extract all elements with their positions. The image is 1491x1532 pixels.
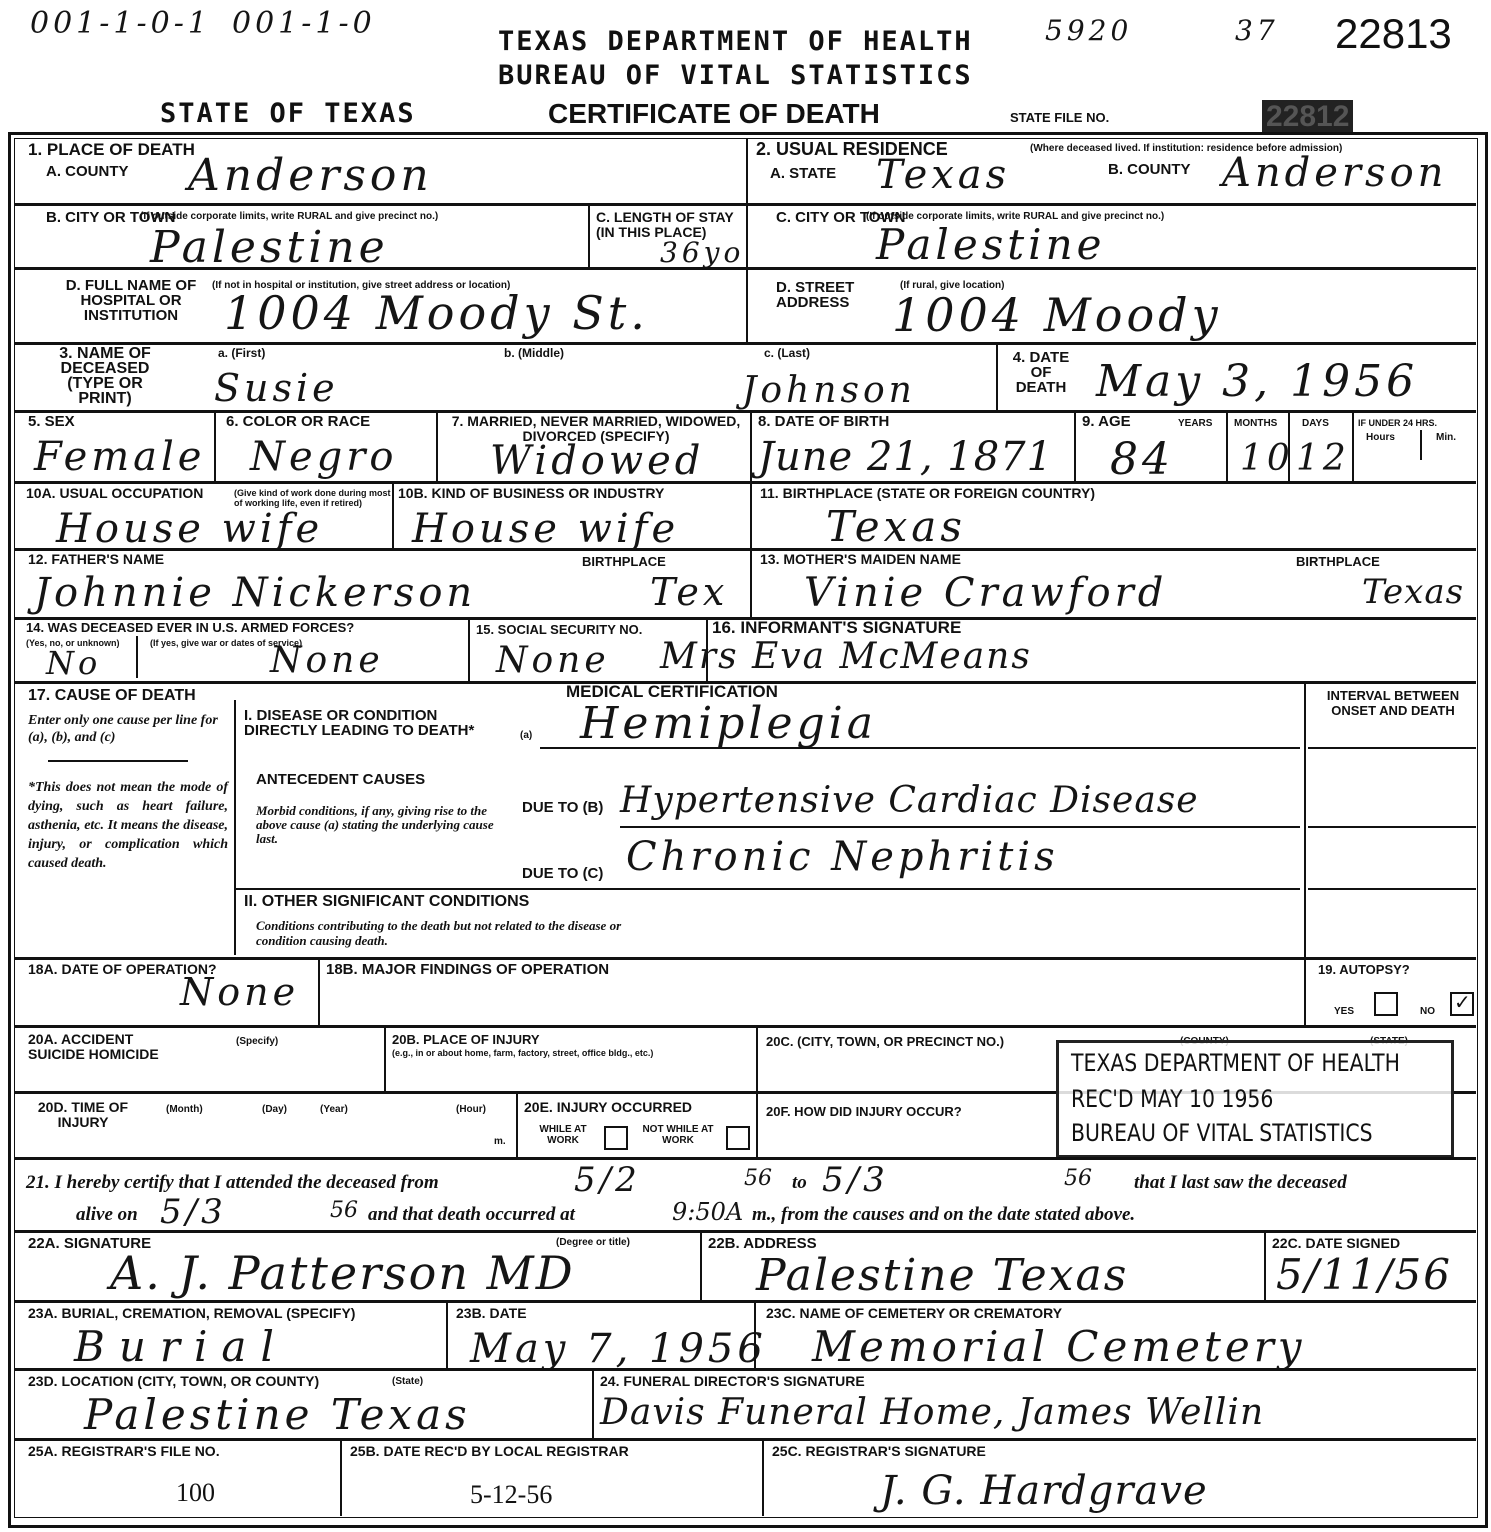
burial-location-label: 23d. LOCATION (City, town, or county) xyxy=(28,1374,319,1389)
autopsy-label: 19. AUTOPSY? xyxy=(1318,962,1410,977)
mother-name-value[interactable]: Vinie Crawford xyxy=(804,570,1167,616)
divider xyxy=(620,888,1300,890)
divider xyxy=(468,619,470,681)
divider xyxy=(1308,826,1476,828)
burial-state-label: (State) xyxy=(392,1376,423,1387)
medical-certification-heading: MEDICAL CERTIFICATION xyxy=(566,684,778,699)
burial-date-label: 23b. DATE xyxy=(456,1306,527,1321)
cause-a-value[interactable]: Hemiplegia xyxy=(580,698,877,749)
race-label: 6. COLOR OR RACE xyxy=(226,414,370,429)
divider xyxy=(1226,412,1228,482)
divider xyxy=(1308,747,1476,749)
divider xyxy=(318,959,320,1025)
burial-location-value[interactable]: Palestine Texas xyxy=(84,1390,471,1439)
sex-label: 5. SEX xyxy=(28,414,75,429)
cause-a-label: (a) xyxy=(520,730,532,741)
residence-street-value[interactable]: 1004 Moody xyxy=(892,288,1222,342)
injury-year-label: (Year) xyxy=(320,1104,348,1115)
divider xyxy=(14,1157,1476,1160)
registrar-signature-value[interactable]: J. G. Hardgrave xyxy=(880,1468,1208,1514)
state-file-number: 22812 xyxy=(1262,100,1353,134)
divider xyxy=(234,700,236,955)
informant-signature-label: 16. INFORMANT'S SIGNATURE xyxy=(712,620,961,635)
alive-on-label: alive on xyxy=(76,1204,138,1226)
date-signed-value[interactable]: 5/11/56 xyxy=(1276,1250,1452,1299)
divider xyxy=(436,412,438,482)
cause-of-death-label: 17. CAUSE OF DEATH xyxy=(28,688,196,703)
certification-to-word: to xyxy=(792,1172,807,1194)
cause-c-value[interactable]: Chronic Nephritis xyxy=(626,834,1059,880)
while-at-work-label: WHILE AT WORK xyxy=(528,1124,598,1146)
funeral-director-label: 24. FUNERAL DIRECTOR'S SIGNATURE xyxy=(600,1374,865,1389)
other-conditions-note: Conditions contributing to the death but… xyxy=(256,918,636,948)
age-years-value[interactable]: 84 xyxy=(1110,434,1174,485)
divider xyxy=(214,412,216,482)
divider xyxy=(14,1025,1476,1028)
attended-to-year[interactable]: 56 xyxy=(1064,1166,1092,1191)
sex-value[interactable]: Female xyxy=(34,434,205,480)
department-title: TEXAS DEPARTMENT OF HEALTH xyxy=(498,26,973,57)
divider xyxy=(14,957,1476,960)
divider xyxy=(620,826,1300,828)
divider xyxy=(14,481,1476,484)
armed-forces-value[interactable]: No xyxy=(46,644,101,682)
injury-occurred-label: 20e. INJURY OCCURRED xyxy=(524,1100,692,1115)
father-name-label: 12. FATHER'S NAME xyxy=(28,552,164,567)
residence-state-label: a. STATE xyxy=(770,166,836,181)
marital-status-value[interactable]: Widowed xyxy=(490,438,704,484)
local-registrar-date-value[interactable]: 5-12-56 xyxy=(470,1480,552,1510)
death-county-label: a. COUNTY xyxy=(46,164,129,179)
handwritten-file-code-1: 001-1-0-1 xyxy=(30,6,211,41)
race-value[interactable]: Negro xyxy=(250,434,397,480)
injury-month-label: (Month) xyxy=(166,1104,203,1115)
autopsy-yes-checkbox[interactable] xyxy=(1374,992,1398,1016)
while-at-work-checkbox[interactable] xyxy=(604,1126,628,1150)
antecedent-causes-label: ANTECEDENT CAUSES xyxy=(256,772,425,787)
injury-how-label: 20f. HOW DID INJURY OCCUR? xyxy=(766,1104,962,1119)
stamp-line-3: BUREAU OF VITAL STATISTICS xyxy=(1071,1119,1373,1147)
divider xyxy=(1304,959,1306,1025)
accident-type-label: 20a. ACCIDENT SUICIDE HOMICIDE xyxy=(28,1032,178,1062)
cause-b-value[interactable]: Hypertensive Cardiac Disease xyxy=(620,780,1199,821)
divider xyxy=(700,1232,702,1300)
accident-specify-label: (Specify) xyxy=(236,1036,278,1047)
other-conditions-label: II. OTHER SIGNIFICANT CONDITIONS xyxy=(244,894,529,909)
alive-on-year[interactable]: 56 xyxy=(330,1198,358,1223)
divider xyxy=(1420,430,1422,460)
mother-birthplace-label: BIRTHPLACE xyxy=(1296,554,1380,569)
deceased-name-label: 3. NAME OF DECEASED (Type or Print) xyxy=(40,346,170,406)
father-birthplace-value[interactable]: Tex xyxy=(650,570,728,614)
antecedent-causes-note: Morbid conditions, if any, giving rise t… xyxy=(256,804,518,846)
not-while-at-work-label: NOT WHILE AT WORK xyxy=(636,1124,720,1146)
residence-county-value[interactable]: Anderson xyxy=(1222,150,1447,196)
divider xyxy=(762,1440,764,1516)
certificate-title: CERTIFICATE OF DEATH xyxy=(548,98,880,130)
divider xyxy=(748,267,1476,270)
stamp-line-1: TEXAS DEPARTMENT OF HEALTH xyxy=(1071,1049,1400,1077)
residence-county-label: b. COUNTY xyxy=(1108,162,1191,177)
injury-place-label: 20b. PLACE OF INJURY xyxy=(392,1032,540,1047)
divider xyxy=(14,1368,1476,1371)
divider xyxy=(14,203,746,206)
cemetery-value[interactable]: Memorial Cemetery xyxy=(812,1322,1306,1371)
injury-city-label: 20c. (CITY, TOWN, OR PRECINCT NO.) xyxy=(766,1034,1004,1049)
certification-text-3: and that death occurred at xyxy=(368,1204,575,1226)
disposition-label: 23a. BURIAL, CREMATION, REMOVAL (Specify… xyxy=(28,1306,355,1321)
divider xyxy=(48,760,188,762)
divider xyxy=(446,1302,448,1368)
age-days-value[interactable]: 12 xyxy=(1296,438,1350,479)
divider xyxy=(1288,412,1290,482)
injury-hour-label: (Hour) xyxy=(456,1104,486,1115)
divider xyxy=(750,483,752,549)
residence-state-value[interactable]: Texas xyxy=(876,152,1010,198)
business-label: 10b. KIND OF BUSINESS OR INDUSTRY xyxy=(398,486,664,501)
residence-city-value[interactable]: Palestine xyxy=(876,220,1105,269)
divider xyxy=(136,636,138,678)
divider xyxy=(340,1440,342,1516)
certification-text-2: that I last saw the deceased xyxy=(1134,1172,1347,1194)
divider xyxy=(750,550,752,618)
middle-name-label: b. (Middle) xyxy=(504,348,564,359)
cemetery-label: 23c. NAME OF CEMETERY OR CREMATORY xyxy=(766,1306,1062,1321)
age-label: 9. AGE xyxy=(1082,414,1131,429)
age-months-label: MONTHS xyxy=(1234,418,1277,429)
divider xyxy=(592,1370,594,1438)
direct-cause-label: I. DISEASE OR CONDITION DIRECTLY LEADING… xyxy=(244,708,514,738)
attended-from-year[interactable]: 56 xyxy=(744,1166,772,1191)
divider xyxy=(236,888,620,890)
received-stamp: TEXAS DEPARTMENT OF HEALTH REC'D MAY 10 … xyxy=(1056,1040,1454,1158)
minutes-label: Min. xyxy=(1436,432,1456,443)
divider xyxy=(750,412,752,482)
date-of-death-label: 4. DATE OF DEATH xyxy=(1006,350,1076,395)
divider xyxy=(1308,888,1476,890)
mother-name-label: 13. MOTHER'S MAIDEN NAME xyxy=(760,552,961,567)
cause-b-label: DUE TO (b) xyxy=(522,800,603,815)
interval-label: INTERVAL BETWEEN ONSET AND DEATH xyxy=(1318,688,1468,718)
injury-place-note: (e.g., in or about home, farm, factory, … xyxy=(392,1048,712,1059)
registrar-file-value[interactable]: 100 xyxy=(176,1478,215,1508)
operation-findings-label: 18b. MAJOR FINDINGS OF OPERATION xyxy=(326,962,609,977)
residence-street-label: d. STREET ADDRESS xyxy=(776,280,876,310)
death-city-note: (If outside corporate limits, write RURA… xyxy=(140,211,580,222)
divider xyxy=(1304,683,1306,957)
divider xyxy=(384,1027,386,1091)
birthplace-label: 11. BIRTHPLACE (State or foreign country… xyxy=(760,486,1095,501)
certification-text-4: m., from the causes and on the date stat… xyxy=(752,1204,1135,1226)
father-birthplace-label: BIRTHPLACE xyxy=(582,554,666,569)
hospital-value[interactable]: 1004 Moody St. xyxy=(224,286,649,340)
local-registrar-date-label: 25b. DATE REC'D BY LOCAL REGISTRAR xyxy=(350,1444,629,1459)
autopsy-no-checkbox[interactable]: ✓ xyxy=(1450,992,1474,1016)
divider xyxy=(1264,1232,1266,1300)
divider xyxy=(746,138,748,343)
injury-time-label: 20d. TIME OF INJURY xyxy=(28,1100,138,1130)
occupation-note: (Give kind of work done during most of w… xyxy=(234,488,394,508)
first-name-value[interactable]: Susie xyxy=(214,366,339,410)
cause-c-label: DUE TO (c) xyxy=(522,866,603,881)
stamp-line-2: REC'D MAY 10 1956 xyxy=(1071,1085,1273,1113)
ssn-value[interactable]: None xyxy=(496,640,610,681)
bureau-title: BUREAU OF VITAL STATISTICS xyxy=(498,60,973,91)
handwritten-number-5920: 5920 xyxy=(1045,14,1132,47)
disposition-value[interactable]: Burial xyxy=(74,1322,288,1371)
divider xyxy=(392,483,394,549)
divider xyxy=(1074,412,1076,482)
autopsy-no-label: NO xyxy=(1420,1006,1435,1017)
death-city-value[interactable]: Palestine xyxy=(150,222,389,273)
certification-text-1: 21. I hereby certify that I attended the… xyxy=(26,1172,439,1194)
injury-meridiem-label: m. xyxy=(494,1136,506,1147)
physician-address-value[interactable]: Palestine Texas xyxy=(756,1250,1128,1301)
mother-birthplace-value[interactable]: Texas xyxy=(1362,572,1464,612)
informant-signature-value[interactable]: Mrs Eva McMeans xyxy=(660,636,1032,677)
ssn-label: 15. SOCIAL SECURITY NO. xyxy=(476,622,642,637)
business-value[interactable]: House wife xyxy=(412,506,679,552)
date-signed-label: 22c. DATE SIGNED xyxy=(1272,1236,1400,1251)
length-of-stay-value[interactable]: 36yo xyxy=(660,236,744,269)
divider xyxy=(516,1093,518,1157)
armed-forces-label: 14. WAS DECEASED EVER IN U.S. ARMED FORC… xyxy=(26,620,354,635)
operation-date-value[interactable]: None xyxy=(180,970,299,1014)
age-days-label: DAYS xyxy=(1302,418,1329,429)
divider xyxy=(996,344,998,410)
registrar-file-label: 25a. REGISTRAR'S FILE NO. xyxy=(28,1444,220,1459)
autopsy-yes-label: YES xyxy=(1334,1006,1354,1017)
funeral-director-value[interactable]: Davis Funeral Home, James Wellin xyxy=(600,1392,1264,1433)
hospital-label: d. FULL NAME OF HOSPITAL OR INSTITUTION xyxy=(46,278,216,323)
last-name-value[interactable]: Johnson xyxy=(742,370,916,411)
under-24-hours-label: IF UNDER 24 HRS. xyxy=(1358,418,1437,429)
divider xyxy=(1352,412,1354,482)
divider xyxy=(540,747,1300,749)
divider xyxy=(14,1300,1476,1303)
date-of-birth-value[interactable]: June 21, 1871 xyxy=(758,434,1053,480)
divider xyxy=(748,203,1476,206)
attended-from-value[interactable]: 5/2 xyxy=(574,1160,641,1200)
certificate-number: 22813 xyxy=(1335,10,1452,58)
handwritten-number-37: 37 xyxy=(1235,14,1279,47)
date-of-death-value[interactable]: May 3, 1956 xyxy=(1096,356,1418,407)
father-name-value[interactable]: Johnnie Nickerson xyxy=(34,570,476,616)
occupation-value[interactable]: House wife xyxy=(56,506,323,552)
birthplace-value[interactable]: Texas xyxy=(826,502,966,551)
death-county-value[interactable]: Anderson xyxy=(188,150,433,201)
injury-day-label: (Day) xyxy=(262,1104,287,1115)
age-years-label: YEARS xyxy=(1178,418,1212,429)
divider xyxy=(14,1438,1476,1441)
divider xyxy=(588,205,590,267)
cause-of-death-footnote: *This does not mean the mode of dying, s… xyxy=(28,778,228,873)
alive-on-value[interactable]: 5/3 xyxy=(160,1192,227,1232)
divider xyxy=(14,548,1476,551)
armed-forces-dates-value[interactable]: None xyxy=(270,640,384,681)
age-months-value[interactable]: 10 xyxy=(1240,438,1294,479)
death-time-value[interactable]: 9:50A xyxy=(672,1198,743,1226)
date-of-birth-label: 8. DATE OF BIRTH xyxy=(758,414,889,429)
place-of-death-heading: 1. PLACE OF DEATH xyxy=(28,142,195,157)
cause-of-death-note: Enter only one cause per line for (a), (… xyxy=(28,712,228,746)
registrar-signature-label: 25c. REGISTRAR'S SIGNATURE xyxy=(772,1444,986,1459)
last-name-label: c. (Last) xyxy=(764,348,810,359)
burial-date-value[interactable]: May 7, 1956 xyxy=(470,1326,767,1372)
divider xyxy=(754,1302,756,1368)
occupation-label: 10a. USUAL OCCUPATION xyxy=(26,486,203,501)
not-while-at-work-checkbox[interactable] xyxy=(726,1126,750,1150)
physician-address-label: 22b. ADDRESS xyxy=(708,1236,817,1251)
physician-signature-value[interactable]: A. J. Patterson MD xyxy=(110,1246,575,1300)
state-file-label: STATE FILE NO. xyxy=(1010,110,1109,125)
state-of-texas-label: STATE OF TEXAS xyxy=(160,98,416,129)
first-name-label: a. (First) xyxy=(218,348,265,359)
hours-label: Hours xyxy=(1366,432,1395,443)
attended-to-value[interactable]: 5/3 xyxy=(822,1160,889,1200)
handwritten-file-code-2: 001-1-0 xyxy=(232,6,376,41)
divider xyxy=(14,1230,1476,1233)
divider xyxy=(14,342,1476,345)
divider xyxy=(14,267,746,270)
